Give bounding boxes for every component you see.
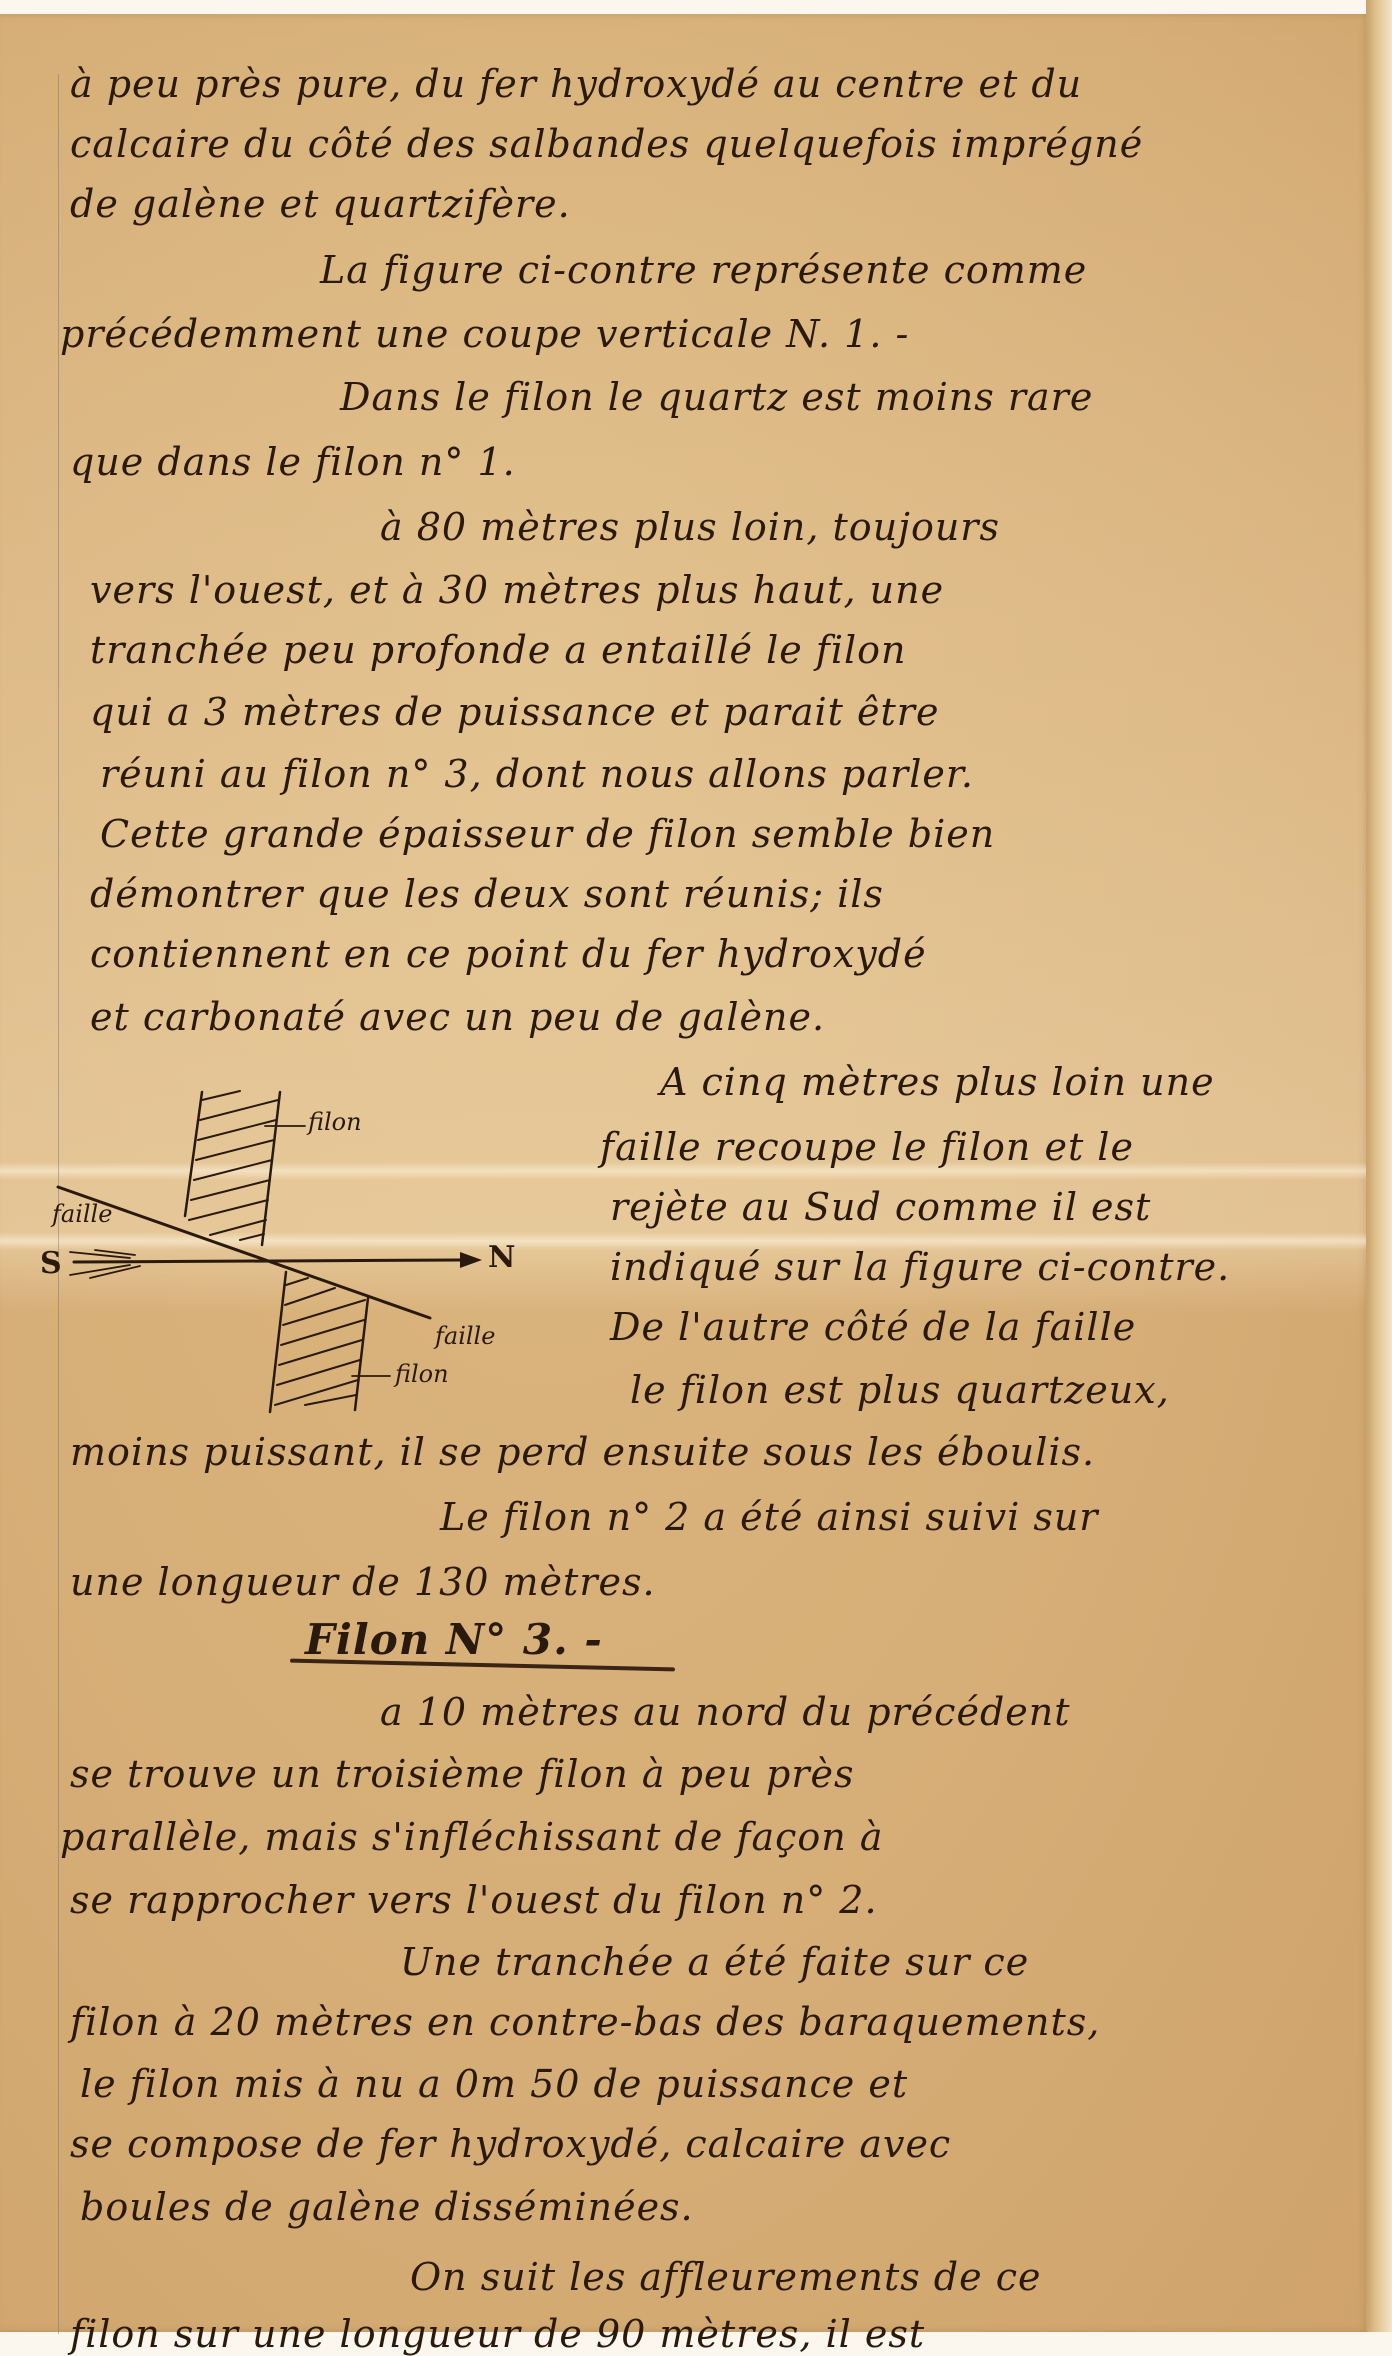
manuscript-line: A cinq mètres plus loin une [660, 1060, 1215, 1104]
manuscript-line: contiennent en ce point du fer hydroxydé [90, 932, 927, 976]
manuscript-line: se rapprocher vers l'ouest du filon n° 2… [70, 1878, 878, 1922]
manuscript-line: rejète au Sud comme il est [610, 1185, 1151, 1229]
manuscript-line: parallèle, mais s'infléchissant de façon… [60, 1815, 883, 1859]
label-south: S [40, 1246, 62, 1281]
manuscript-line: à peu près pure, du fer hydroxydé au cen… [70, 62, 1082, 106]
manuscript-line: se compose de fer hydroxydé, calcaire av… [70, 2122, 951, 2166]
manuscript-line: démontrer que les deux sont réunis; ils [90, 872, 884, 916]
manuscript-line: Cette grande épaisseur de filon semble b… [100, 812, 995, 856]
manuscript-line: Une tranchée a été faite sur ce [400, 1940, 1029, 1984]
manuscript-line: à 80 mètres plus loin, toujours [380, 505, 1000, 549]
manuscript-line: filon à 20 mètres en contre-bas des bara… [70, 2000, 1100, 2044]
manuscript-line: que dans le filon n° 1. [70, 440, 516, 484]
manuscript-line: une longueur de 130 mètres. [70, 1560, 656, 1604]
manuscript-line: calcaire du côté des salbandes quelquefo… [70, 122, 1143, 166]
label-filon-bottom: filon [395, 1360, 449, 1388]
manuscript-line: le filon mis à nu a 0m 50 de puissance e… [80, 2062, 908, 2106]
manuscript-line: se trouve un troisième filon à peu près [70, 1752, 855, 1796]
manuscript-line: réuni au filon n° 3, dont nous allons pa… [100, 752, 974, 796]
label-filon-top: filon [308, 1108, 362, 1136]
manuscript-line: Dans le filon le quartz est moins rare [340, 375, 1093, 419]
manuscript-line: et carbonaté avec un peu de galène. [90, 995, 825, 1039]
manuscript-line: qui a 3 mètres de puissance et parait êt… [90, 690, 939, 734]
manuscript-line: indiqué sur la figure ci-contre. [610, 1245, 1230, 1289]
label-faille-right: faille [435, 1322, 495, 1350]
manuscript-line: faille recoupe le filon et le [600, 1125, 1134, 1169]
manuscript-line: le filon est plus quartzeux, [630, 1368, 1170, 1412]
section-heading: Filon N° 3. - [305, 1615, 603, 1664]
label-faille-left: faille [52, 1200, 112, 1228]
manuscript-line: On suit les affleurements de ce [410, 2255, 1041, 2299]
manuscript-line: moins puissant, il se perd ensuite sous … [70, 1430, 1095, 1474]
manuscript-line: de galène et quartzifère. [70, 182, 571, 226]
manuscript-line: vers l'ouest, et à 30 mètres plus haut, … [90, 568, 944, 612]
manuscript-line: précédemment une coupe verticale N. 1. - [60, 312, 909, 356]
label-north: N [488, 1240, 515, 1275]
manuscript-line: De l'autre côté de la faille [610, 1305, 1136, 1349]
fault-diagram [40, 1060, 560, 1420]
page-edge [1366, 0, 1392, 2332]
manuscript-line: tranchée peu profonde a entaillé le filo… [90, 628, 907, 672]
fault-cross-section-figure: filon faille S N faille filon [40, 1060, 560, 1420]
manuscript-line: La figure ci-contre représente comme [320, 248, 1087, 292]
manuscript-line: boules de galène disséminées. [80, 2185, 694, 2229]
manuscript-line: a 10 mètres au nord du précédent [380, 1690, 1071, 1734]
manuscript-line: filon sur une longueur de 90 mètres, il … [70, 2312, 925, 2332]
manuscript-line: Le filon n° 2 a été ainsi suivi sur [440, 1495, 1098, 1539]
